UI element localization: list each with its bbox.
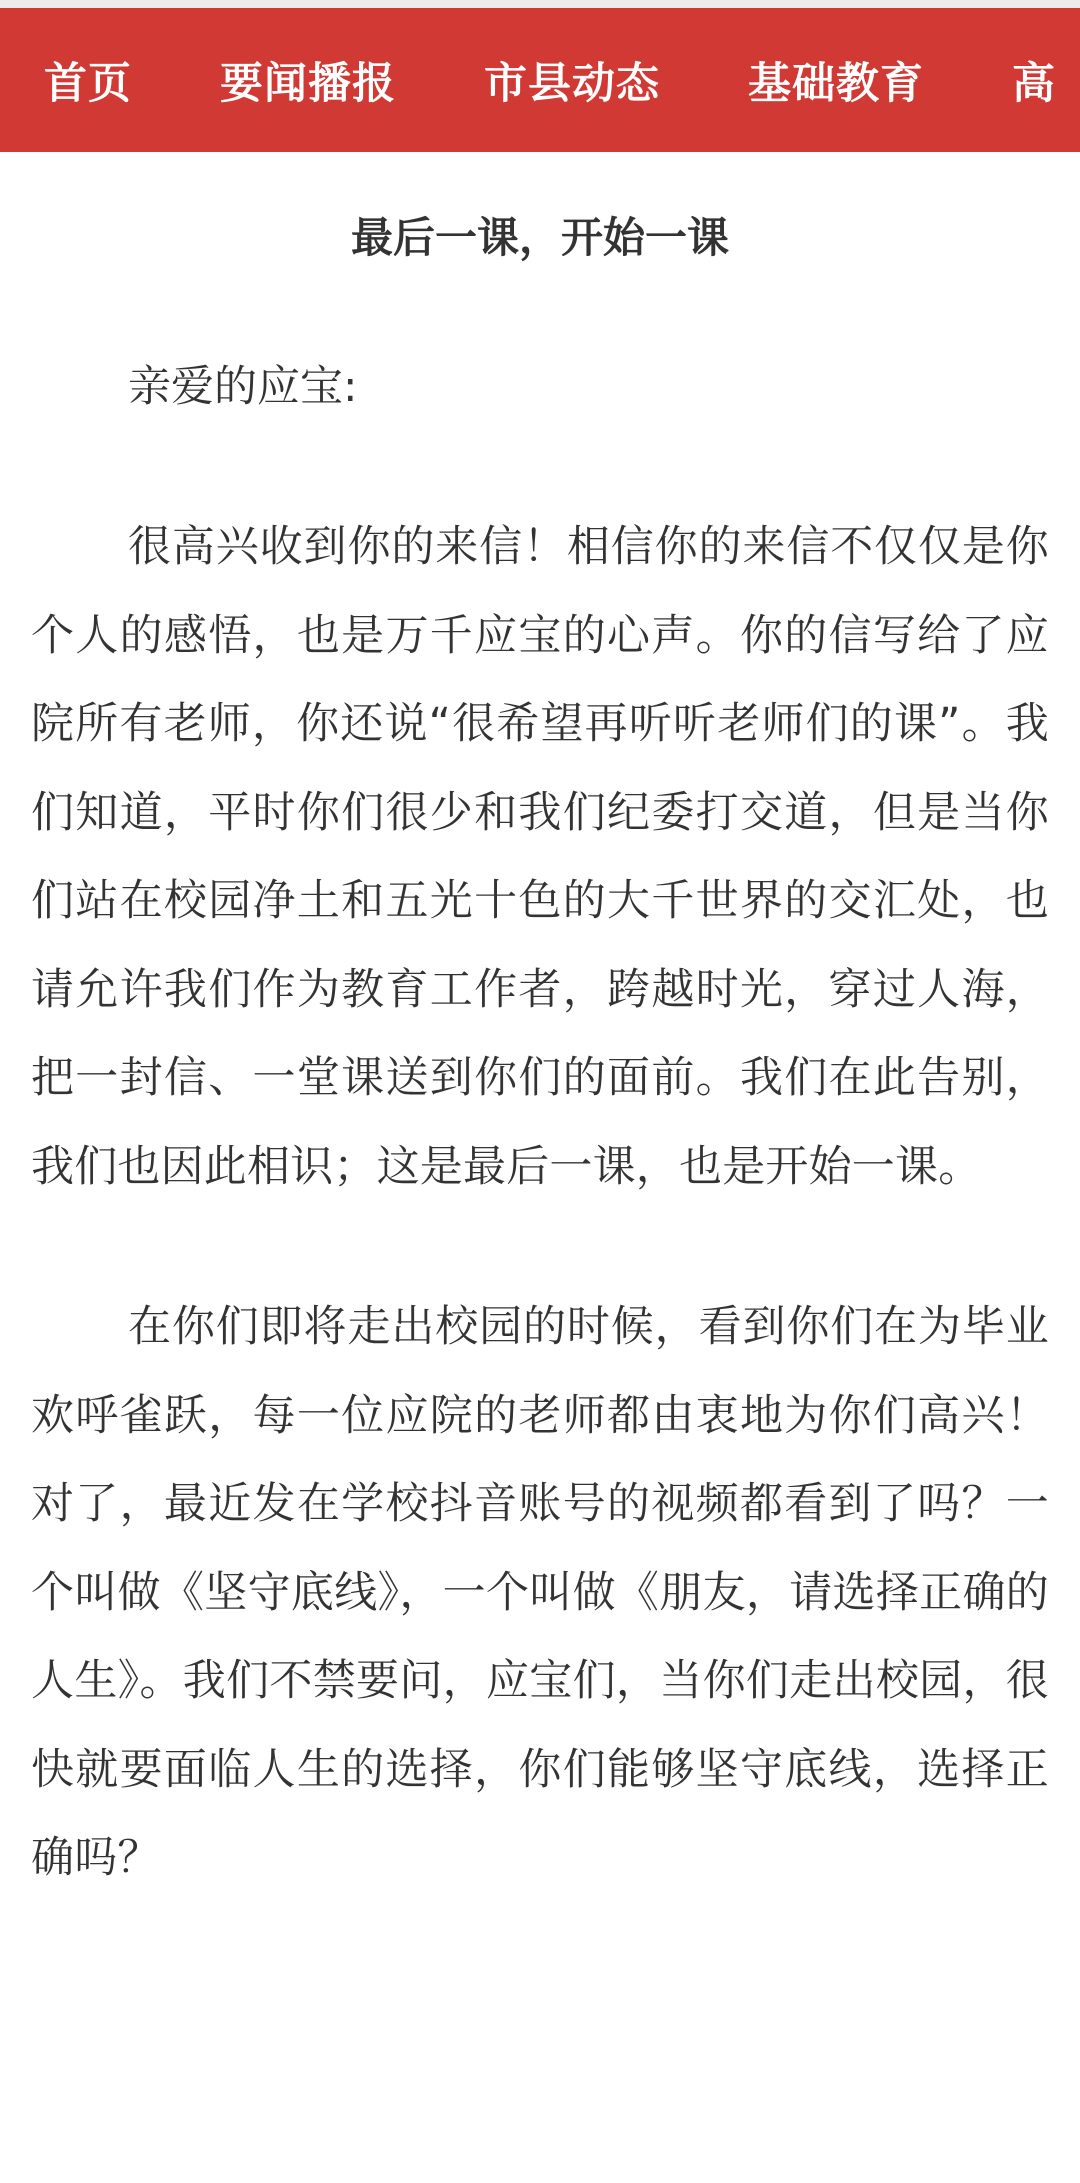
article-paragraph: 在你们即将走出校园的时候，看到你们在为毕业欢呼雀跃，每一位应院的老师都由衷地为你…	[31, 1283, 1049, 1903]
nav-item-home[interactable]: 首页	[44, 50, 132, 111]
nav-item-news[interactable]: 要闻播报	[220, 50, 396, 111]
article-salutation: 亲爱的应宝:	[31, 343, 1049, 431]
article-paragraph: 很高兴收到你的来信！相信你的来信不仅仅是你个人的感悟，也是万千应宝的心声。你的信…	[31, 503, 1049, 1211]
status-strip	[0, 0, 1080, 8]
article: 最后一课，开始一课 亲爱的应宝: 很高兴收到你的来信！相信你的来信不仅仅是你个人…	[0, 208, 1080, 1903]
nav-item-higher-education[interactable]: 高	[1012, 50, 1056, 111]
nav-item-city-county[interactable]: 市县动态	[484, 50, 660, 111]
nav-item-basic-education[interactable]: 基础教育	[748, 50, 924, 111]
article-title: 最后一课，开始一课	[31, 208, 1049, 268]
top-nav-bar: 首页 要闻播报 市县动态 基础教育 高	[0, 8, 1080, 152]
